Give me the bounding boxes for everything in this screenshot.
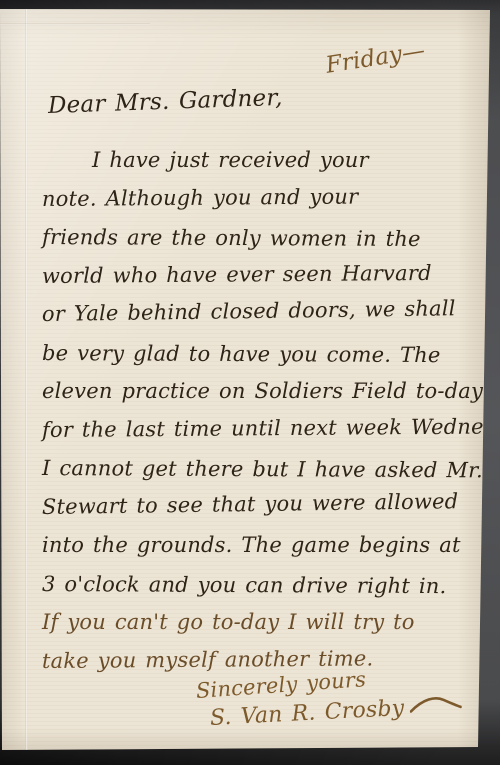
letter-line: be very glad to have you come. The bbox=[42, 341, 488, 382]
signature: S. Van R. Crosby bbox=[209, 696, 405, 731]
letter-line: for the last time until next week Wednes… bbox=[42, 414, 488, 456]
letter-line: world who have ever seen Harvard bbox=[42, 260, 488, 302]
letter-line: note. Although you and your bbox=[42, 183, 488, 225]
letter-line: I have just received your bbox=[42, 148, 488, 187]
salutation: Dear Mrs. Gardner, bbox=[48, 85, 283, 119]
date-line: Friday— bbox=[324, 37, 427, 78]
letter-line: If you can't go to-day I will try to bbox=[42, 610, 488, 649]
letter-line: 3 o'clock and you can drive right in. bbox=[42, 572, 488, 613]
letter-line: eleven practice on Soldiers Field to-day bbox=[42, 379, 488, 418]
paper-fold-line bbox=[25, 9, 28, 750]
letter-line: Stewart to see that you were allowed bbox=[42, 488, 488, 533]
paper-crease bbox=[0, 23, 150, 25]
letter-line: or Yale behind closed doors, we shall bbox=[42, 296, 488, 341]
letter-body: I have just received your note. Although… bbox=[42, 148, 488, 687]
letter-paper: Friday— Dear Mrs. Gardner, I have just r… bbox=[0, 9, 492, 750]
letter-photo: Friday— Dear Mrs. Gardner, I have just r… bbox=[0, 0, 500, 765]
letter-line: into the grounds. The game begins at bbox=[42, 533, 488, 572]
signature-flourish-icon bbox=[409, 693, 462, 721]
letter-line: friends are the only women in the bbox=[42, 225, 488, 266]
